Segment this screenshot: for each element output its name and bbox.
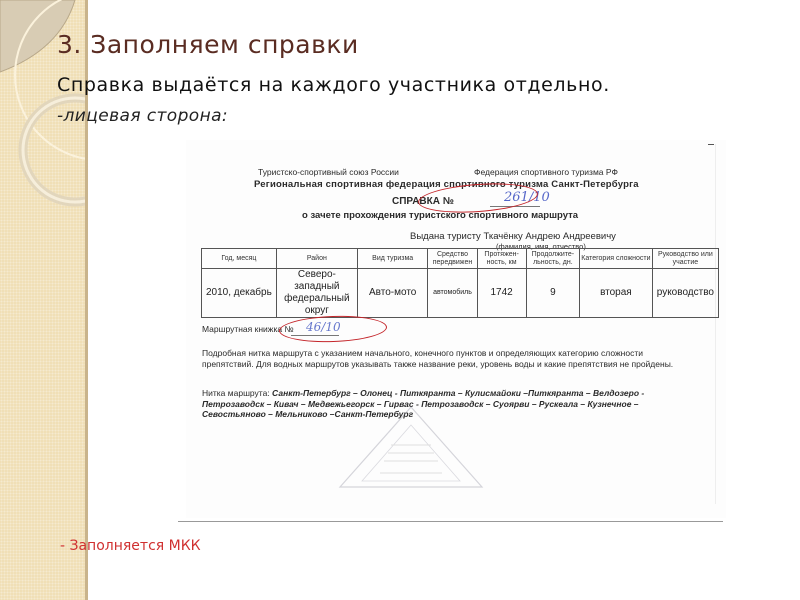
side-label: -лицевая сторона: xyxy=(57,106,228,126)
org-left: Туристско-спортивный союз России xyxy=(258,167,399,177)
scan-edge xyxy=(715,144,716,504)
slide-subtitle: Справка выдаётся на каждого участника от… xyxy=(57,74,610,96)
table-header: Вид туризма xyxy=(357,249,428,269)
slide-title: 3. Заполняем справки xyxy=(57,30,359,59)
table-header: Категория сложности xyxy=(580,249,653,269)
table-header: Продолжите-льность, дн. xyxy=(526,249,579,269)
scan-bottom-border xyxy=(178,521,723,522)
table-header: Протяжен-ность, км xyxy=(477,249,526,269)
scan-corner-mark xyxy=(708,144,714,145)
highlight-oval-route-book xyxy=(279,314,388,344)
certificate-scan: Туристско-спортивный союз России Федерац… xyxy=(186,140,726,518)
table-row: 2010, декабрь Северо-западный федеральны… xyxy=(202,269,719,318)
table-cell: Северо-западный федеральный округ xyxy=(276,269,357,318)
table-cell: 1742 xyxy=(477,269,526,318)
mkk-note: - Заполняется МКК xyxy=(60,538,201,554)
org-right: Федерация спортивного туризма РФ xyxy=(474,167,618,177)
table-header: Руководство или участие xyxy=(652,249,718,269)
table-cell: вторая xyxy=(580,269,653,318)
table-header: Средство передвижен xyxy=(428,249,477,269)
table-header: Район xyxy=(276,249,357,269)
issued-to: Выдана туристу Ткачёнку Андрею Андреевич… xyxy=(410,231,616,242)
route-thread-label: Нитка маршрута: xyxy=(202,388,270,398)
certificate-subtitle: о зачете прохождения туристского спортив… xyxy=(302,210,578,221)
route-table: Год, месяц Район Вид туризма Средство пе… xyxy=(201,248,719,318)
table-cell: руководство xyxy=(652,269,718,318)
table-cell: 2010, декабрь xyxy=(202,269,277,318)
route-description: Подробная нитка маршрута с указанием нач… xyxy=(202,348,682,369)
table-cell: 9 xyxy=(526,269,579,318)
table-cell: автомобиль xyxy=(428,269,477,318)
stamp-icon xyxy=(336,403,486,493)
table-header: Год, месяц xyxy=(202,249,277,269)
table-cell: Авто-мото xyxy=(357,269,428,318)
table-header-row: Год, месяц Район Вид туризма Средство пе… xyxy=(202,249,719,269)
